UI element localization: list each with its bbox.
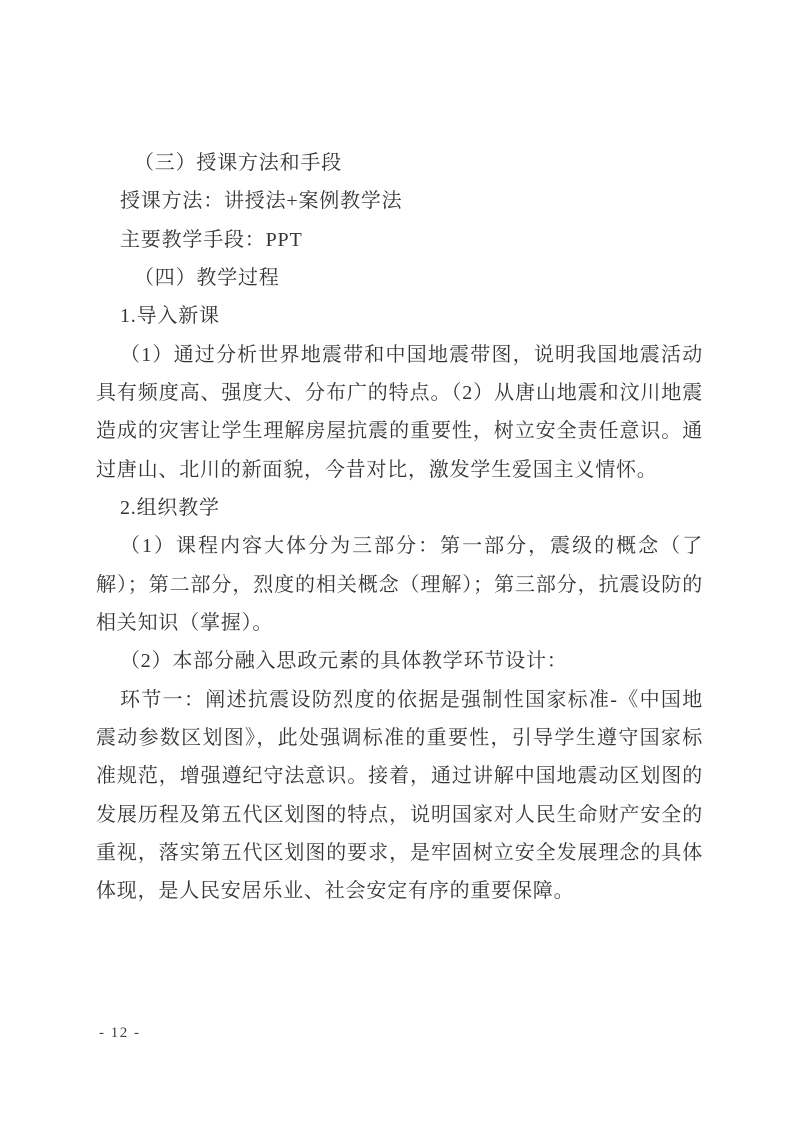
para-step-1-intro: 1.导入新课 [96,297,703,335]
para-teaching-tool: 主要教学手段：PPT [96,221,703,259]
para-teaching-method: 授课方法：讲授法+案例教学法 [96,182,703,220]
para-course-parts: （1）课程内容大体分为三部分：第一部分，震级的概念（了解）；第二部分，烈度的相关… [96,527,703,642]
page-number: - 12 - [99,1025,141,1041]
document-body: （三）授课方法和手段 授课方法：讲授法+案例教学法 主要教学手段：PPT （四）… [96,144,703,911]
page-footer: - 12 - [99,1023,141,1043]
para-session-1: 环节一：阐述抗震设防烈度的依据是强制性国家标准-《中国地震动参数区划图》，此处强… [96,681,703,911]
heading-section-3-methods: （三）授课方法和手段 [96,144,703,182]
heading-section-4-process: （四）教学过程 [96,259,703,297]
para-step-2-organize: 2.组织教学 [96,489,703,527]
para-intro-detail: （1）通过分析世界地震带和中国地震带图，说明我国地震活动具有频度高、强度大、分布… [96,336,703,489]
para-ideology-design: （2）本部分融入思政元素的具体教学环节设计： [96,642,703,680]
